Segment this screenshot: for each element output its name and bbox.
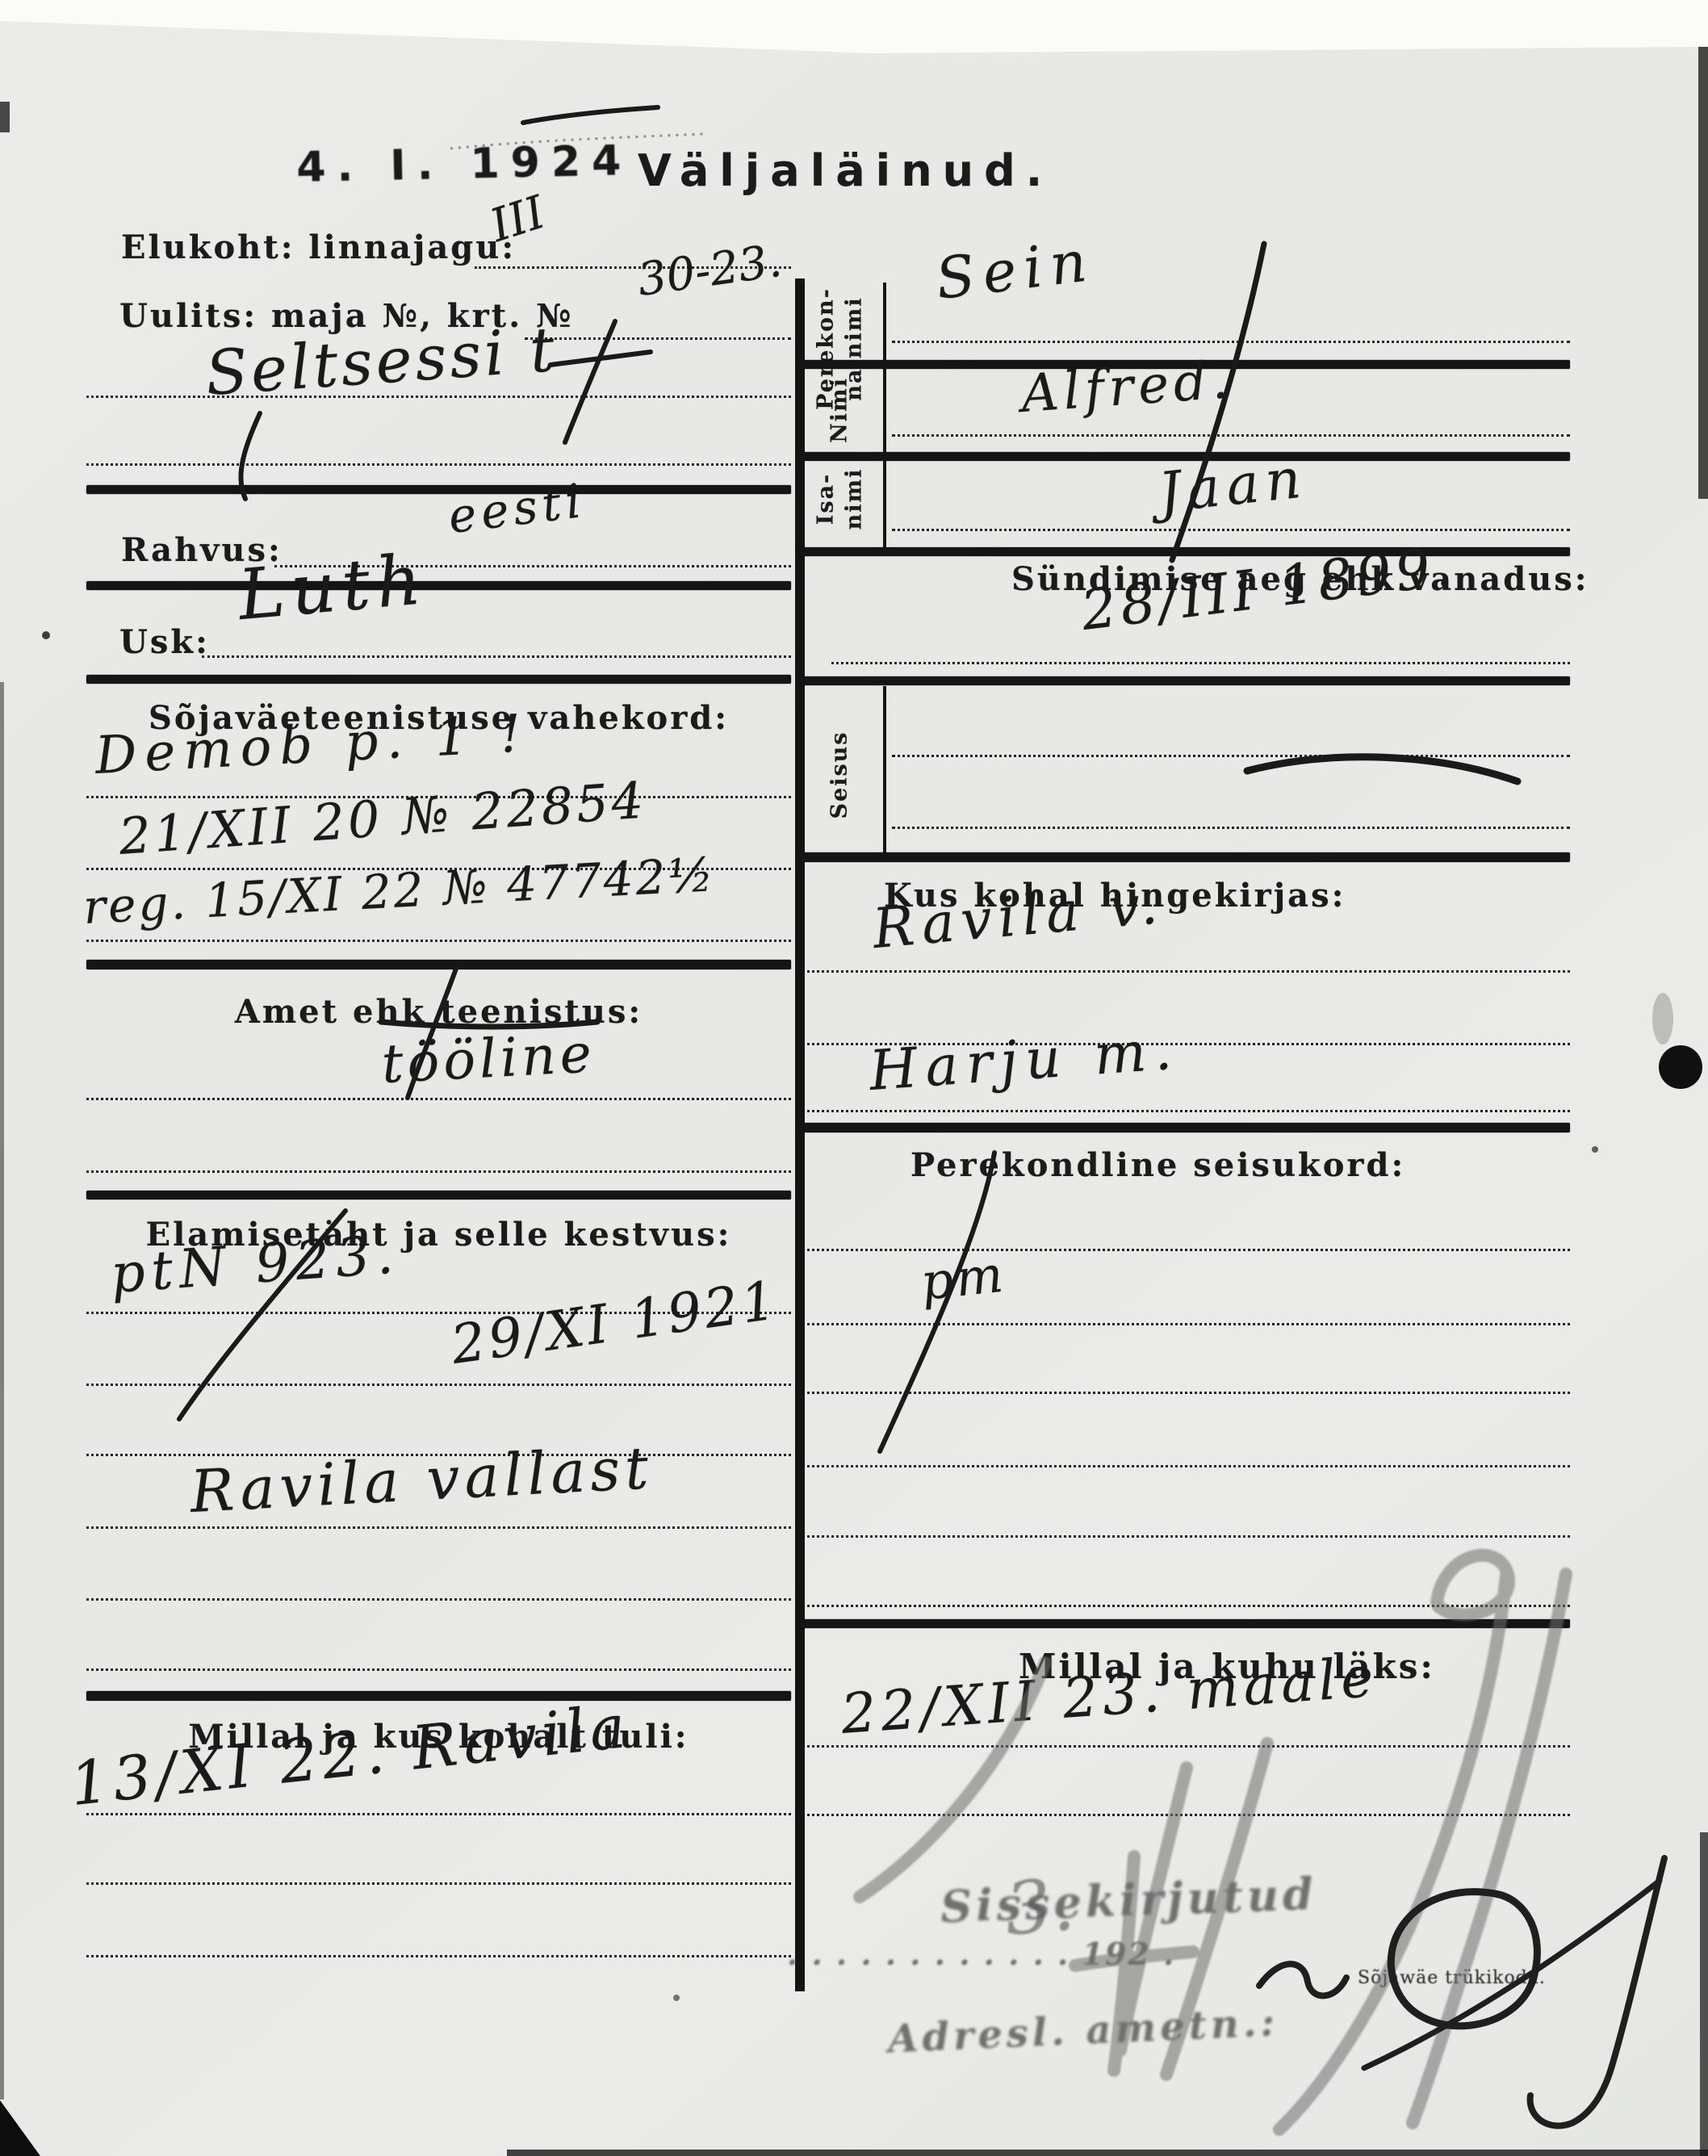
blank-line [86, 463, 791, 466]
label-divider-seisus [883, 686, 886, 856]
millal-tuli-value: 13/XI 22. Ravila [67, 1692, 634, 1819]
sojavae-value-2: 21/XII 20 № 22854 [117, 770, 648, 866]
perekonnanimi-value: Sein [932, 228, 1098, 312]
perekondline-value: pm [918, 1244, 1008, 1312]
millal-laks-line2 [807, 1814, 1570, 1816]
blank-line [807, 1535, 1570, 1538]
printer-imprint: Sõjawäe trükikoda. [1358, 1968, 1546, 1988]
section-rule [799, 676, 1570, 685]
elamise-line2 [86, 1384, 791, 1386]
page-title: Väljaläinud. [638, 145, 1053, 196]
seisus-label: Seisus [827, 731, 852, 819]
section-rule [86, 1191, 791, 1199]
section-rule [86, 1691, 791, 1701]
section-rule [799, 852, 1570, 862]
seisus-line1 [892, 755, 1570, 757]
nimi-label: Nimi [827, 377, 852, 443]
seisus-line2 [892, 827, 1570, 829]
registration-card-scan: 4. I. 1924 Väljaläinud. Elukoht: linnaja… [0, 0, 1708, 2156]
isanimi-label-line2: nimi [842, 468, 867, 530]
amet-line1 [86, 1098, 791, 1100]
section-rule [799, 1619, 1570, 1628]
nimi-line [892, 434, 1570, 437]
perekonnanimi-line [892, 341, 1570, 343]
isanimi-line [892, 529, 1570, 531]
adresl-ametn-stamp: Adresl. ametn.: [887, 1999, 1279, 2062]
ink-speck [1592, 1146, 1598, 1153]
usk-label: Usk: [119, 623, 210, 661]
section-rule [86, 485, 791, 494]
hingekirjas-value-2: Harju m. [867, 1018, 1182, 1103]
blank-line [86, 396, 791, 398]
blank-line [807, 1605, 1570, 1607]
usk-value: Luth [235, 539, 430, 636]
isanimi-label-line1: Isa- [814, 473, 839, 525]
section-rule [86, 581, 791, 590]
uulits-line [525, 337, 791, 340]
scan-bottom-edge [507, 2150, 1708, 2156]
scan-left-nick [0, 102, 10, 132]
stamp-date-line: . . . . . . . . . . . . 192 . [787, 1936, 1175, 1972]
section-rule [799, 1123, 1570, 1132]
amet-line2 [86, 1170, 791, 1173]
ink-speck [673, 1995, 680, 2001]
street-t-crossbar [550, 352, 651, 365]
clerk-signature [1259, 1858, 1664, 2126]
blank-line [86, 1882, 791, 1885]
blank-line [86, 1598, 791, 1601]
amet-value: tööline [380, 1022, 597, 1095]
sojavae-line3 [86, 940, 791, 942]
blank-line [807, 1323, 1570, 1325]
elamise-value-3: Ravila vallast [189, 1434, 655, 1526]
usk-line [202, 655, 791, 658]
seisus-dash-value [1247, 757, 1518, 781]
elamise-value-2: 29/XI 1921 [447, 1269, 782, 1376]
hingekirjas-line1 [807, 970, 1570, 973]
blank-line [807, 1465, 1570, 1467]
ink-smudge [1652, 993, 1673, 1045]
section-rule [86, 675, 791, 684]
scan-left-edge [0, 682, 4, 2099]
scan-right-edge-bottom [1700, 1832, 1708, 2156]
scan-corner-mark [0, 2100, 40, 2156]
label-divider-top [883, 283, 886, 555]
blank-line [86, 1668, 791, 1671]
hingekirjas-line3 [807, 1110, 1570, 1112]
uulits-value: 30-23. [634, 235, 785, 307]
date-received-stamp: 4. I. 1924 [296, 136, 633, 192]
sissekirjutatud-stamp: Sissekirjutud [940, 1868, 1318, 1932]
column-divider [795, 278, 805, 1991]
section-rule [86, 960, 791, 969]
millal-laks-line1 [807, 1745, 1570, 1748]
blank-line [807, 1392, 1570, 1394]
sundimise-line [831, 662, 1570, 664]
scan-right-edge [1698, 47, 1708, 499]
perekondline-line1 [807, 1249, 1570, 1251]
blank-line [86, 1526, 791, 1529]
blank-line [86, 1955, 791, 1957]
pen-dash-after-date [523, 107, 658, 123]
scan-top-edge [0, 0, 1708, 53]
ink-speck [42, 631, 50, 639]
perekondline-label: Perekondline seisukord: [911, 1146, 1405, 1184]
blank-line [86, 1813, 791, 1815]
ink-blot [1659, 1045, 1702, 1089]
elukoht-label: Elukoht: linnajagu: [121, 228, 516, 266]
section-rule [799, 547, 1570, 556]
pencil-date-value: 3. [1002, 1861, 1078, 1952]
amet-label: Amet ehk teenistus: [86, 993, 791, 1031]
rahvus-value: eesti [446, 473, 588, 544]
